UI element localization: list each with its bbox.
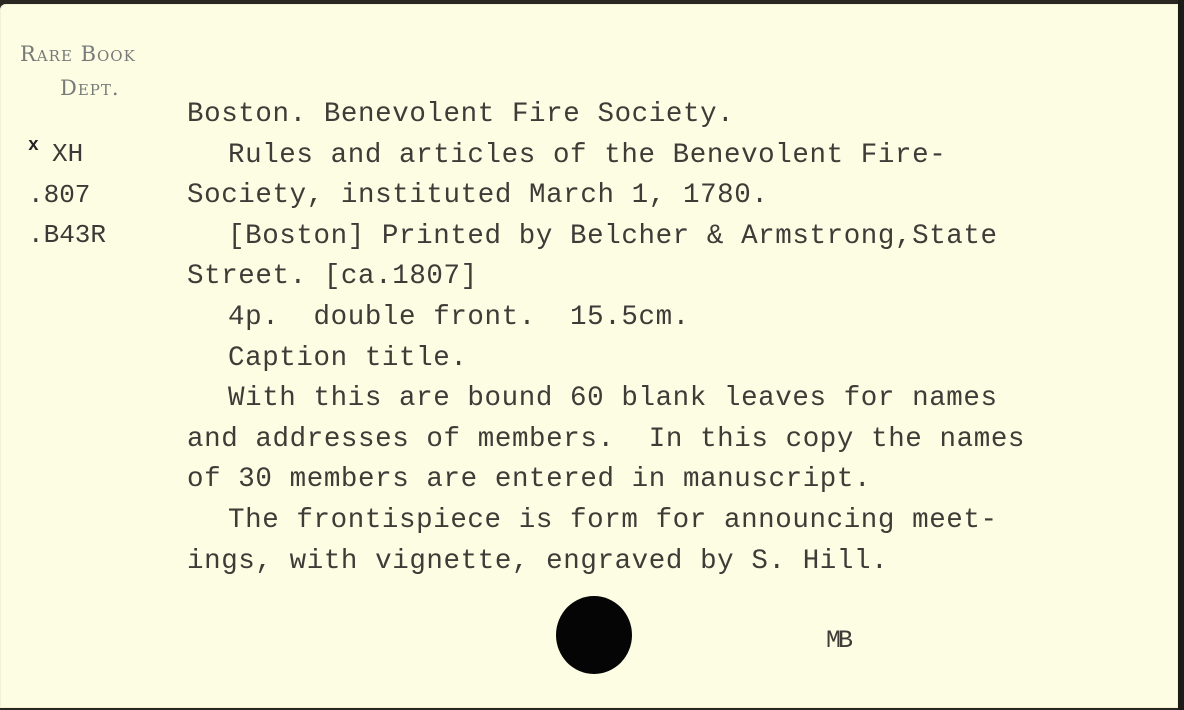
entry-line: [Boston] Printed by Belcher & Armstrong,… [187,217,1025,258]
entry-line: ings, with vignette, engraved by S. Hill… [187,542,1025,583]
call-number-line: .807 [28,175,106,216]
entry-line: Street. [ca.1807] [187,257,1025,298]
entry-heading: Boston. Benevolent Fire Society. [187,95,1025,136]
card-edge-shadow [1178,0,1184,710]
call-number: x XH .807 .B43R [28,134,106,256]
catalog-entry: Boston. Benevolent Fire Society. Rules a… [187,95,1025,582]
entry-lines: Rules and articles of the Benevolent Fir… [187,136,1025,583]
entry-line: Society, instituted March 1, 1780. [187,176,1025,217]
stamp-line-2: Dept. [60,78,120,99]
call-number-line: XH [28,134,106,175]
catalog-card: Rare Book Dept. x XH .807 .B43R Boston. … [0,4,1178,708]
call-number-line: .B43R [28,215,106,256]
entry-line: With this are bound 60 blank leaves for … [187,379,1025,420]
entry-line: Caption title. [187,339,1025,380]
entry-line: Rules and articles of the Benevolent Fir… [187,136,1025,177]
entry-line: of 30 members are entered in manuscript. [187,460,1025,501]
punch-hole [556,596,632,674]
entry-line: 4p. double front. 15.5cm. [187,298,1025,339]
call-number-mark-icon: x [28,126,39,167]
entry-line: and addresses of members. In this copy t… [187,420,1025,461]
stamp-line-1: Rare Book [20,44,136,65]
entry-line: The frontispiece is form for announcing … [187,501,1025,542]
location-code: MB [826,626,850,655]
